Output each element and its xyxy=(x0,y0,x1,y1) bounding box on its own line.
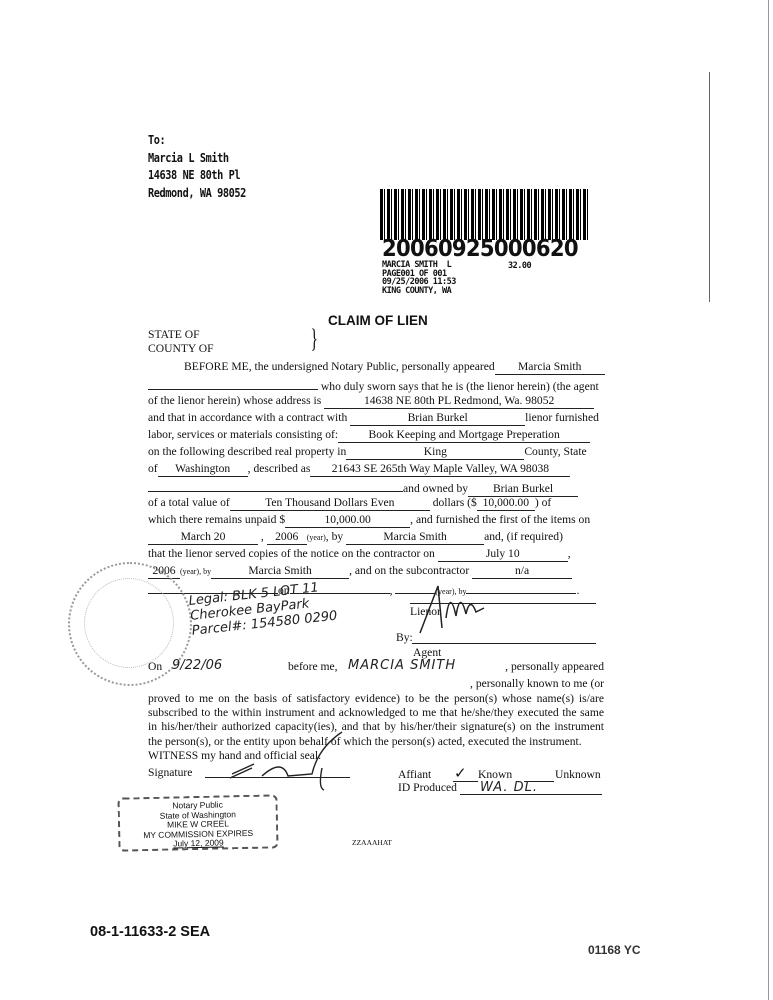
recording-county: KING COUNTY, WA xyxy=(382,287,456,296)
recording-type: L xyxy=(447,260,452,270)
ack-date: 9/22/06 xyxy=(172,658,222,673)
form-line-8: and owned byBrian Burkel xyxy=(148,477,604,494)
lienor-label: Lienor xyxy=(410,605,441,618)
first-by: Marcia Smith xyxy=(346,530,484,545)
lienor-address: 14638 NE 80th PL Redmond, Wa. 98052 xyxy=(324,394,594,409)
ack-paragraph: proved to me on the basis of satisfactor… xyxy=(148,692,604,763)
first-year: 2006 xyxy=(267,530,307,545)
id-produced-value: WA. DL. xyxy=(480,780,538,795)
id-produced-row: ID Produced WA. DL. xyxy=(398,781,604,797)
corner-code: 01168 YC xyxy=(588,943,641,957)
ack-name: MARCIA SMITH xyxy=(348,658,456,673)
address-label: To: xyxy=(148,131,246,149)
document-title: CLAIM OF LIEN xyxy=(328,313,428,328)
property-address: 21643 SE 265th Way Maple Valley, WA 9803… xyxy=(310,462,570,477)
notary-signature xyxy=(222,728,352,793)
recording-info: MARCIA SMITH L PAGE001 OF 001 09/25/2006… xyxy=(382,261,456,295)
recording-number: 20060925000620 xyxy=(382,236,578,262)
form-line-11: March 20 , 2006(year), by Marcia Smithan… xyxy=(148,528,604,545)
unknown-option: Unknown xyxy=(555,768,601,781)
form-line-1: BEFORE ME, the undersigned Notary Public… xyxy=(148,358,604,375)
form-line-2: who duly sworn says that he is (the lien… xyxy=(148,375,604,392)
witness-line: WITNESS my hand and official seal. xyxy=(148,749,604,763)
venue-brace: } xyxy=(310,324,317,354)
ack-line-1: On 9/22/06 before me, MARCIA SMITH , per… xyxy=(148,660,604,678)
property-state: Washington xyxy=(158,462,248,477)
value-number: 10,000.00 xyxy=(477,496,535,511)
mailing-address: To: Marcia L Smith 14638 NE 80th Pl Redm… xyxy=(148,131,246,201)
notary-seal-inner xyxy=(84,578,174,668)
form-line-6: on the following described real property… xyxy=(148,443,604,460)
form-line-5: labor, services or materials consisting … xyxy=(148,426,604,443)
address-street: 14638 NE 80th Pl xyxy=(148,166,246,184)
ack-line-2: , personally known to me (or xyxy=(148,677,604,690)
form-line-13: 2006(year), byMarcia Smith, and on the s… xyxy=(148,562,604,579)
scan-line xyxy=(709,72,710,302)
unpaid-amount: 10,000.00 xyxy=(285,513,410,528)
form-line-10: which there remains unpaid $10,000.00, a… xyxy=(148,511,604,528)
address-name: Marcia L Smith xyxy=(148,149,246,167)
page-edge xyxy=(768,0,769,1000)
form-line-3: of the lienor herein) whose address is 1… xyxy=(148,392,604,409)
notice-date: July 10 xyxy=(438,547,568,562)
signature-label: Signature xyxy=(148,766,192,779)
address-city: Redmond, WA 98052 xyxy=(148,184,246,202)
recording-barcode xyxy=(380,189,588,240)
first-date: March 20 xyxy=(148,530,258,545)
by-label: By: xyxy=(396,631,413,644)
contract-with: Brian Burkel xyxy=(350,411,525,426)
form-line-9: of a total value ofTen Thousand Dollars … xyxy=(148,494,604,511)
appeared-name: Marcia Smith xyxy=(495,360,605,375)
county-label: COUNTY OF xyxy=(148,342,214,356)
property-county: King xyxy=(346,445,524,460)
document-number: 08-1-11633-2 SEA xyxy=(90,924,210,940)
venue-block: STATE OF COUNTY OF xyxy=(148,328,214,356)
recording-fee: 32.00 xyxy=(508,261,531,271)
subcontractor: n/a xyxy=(472,564,572,579)
value-words: Ten Thousand Dollars Even xyxy=(230,496,430,511)
materials: Book Keeping and Mortgage Preperation xyxy=(338,428,590,443)
notary-stamp: Notary Public State of Washington MIKE W… xyxy=(117,794,278,851)
form-code: ZZAAAHAT xyxy=(352,838,392,847)
form-line-7: ofWashington, described as21643 SE 265th… xyxy=(148,460,604,477)
form-line-12: that the lienor served copies of the not… xyxy=(148,545,604,562)
form-line-4: and that in accordance with a contract w… xyxy=(148,409,604,426)
notice-by: Marcia Smith xyxy=(211,564,349,579)
state-label: STATE OF xyxy=(148,328,214,342)
